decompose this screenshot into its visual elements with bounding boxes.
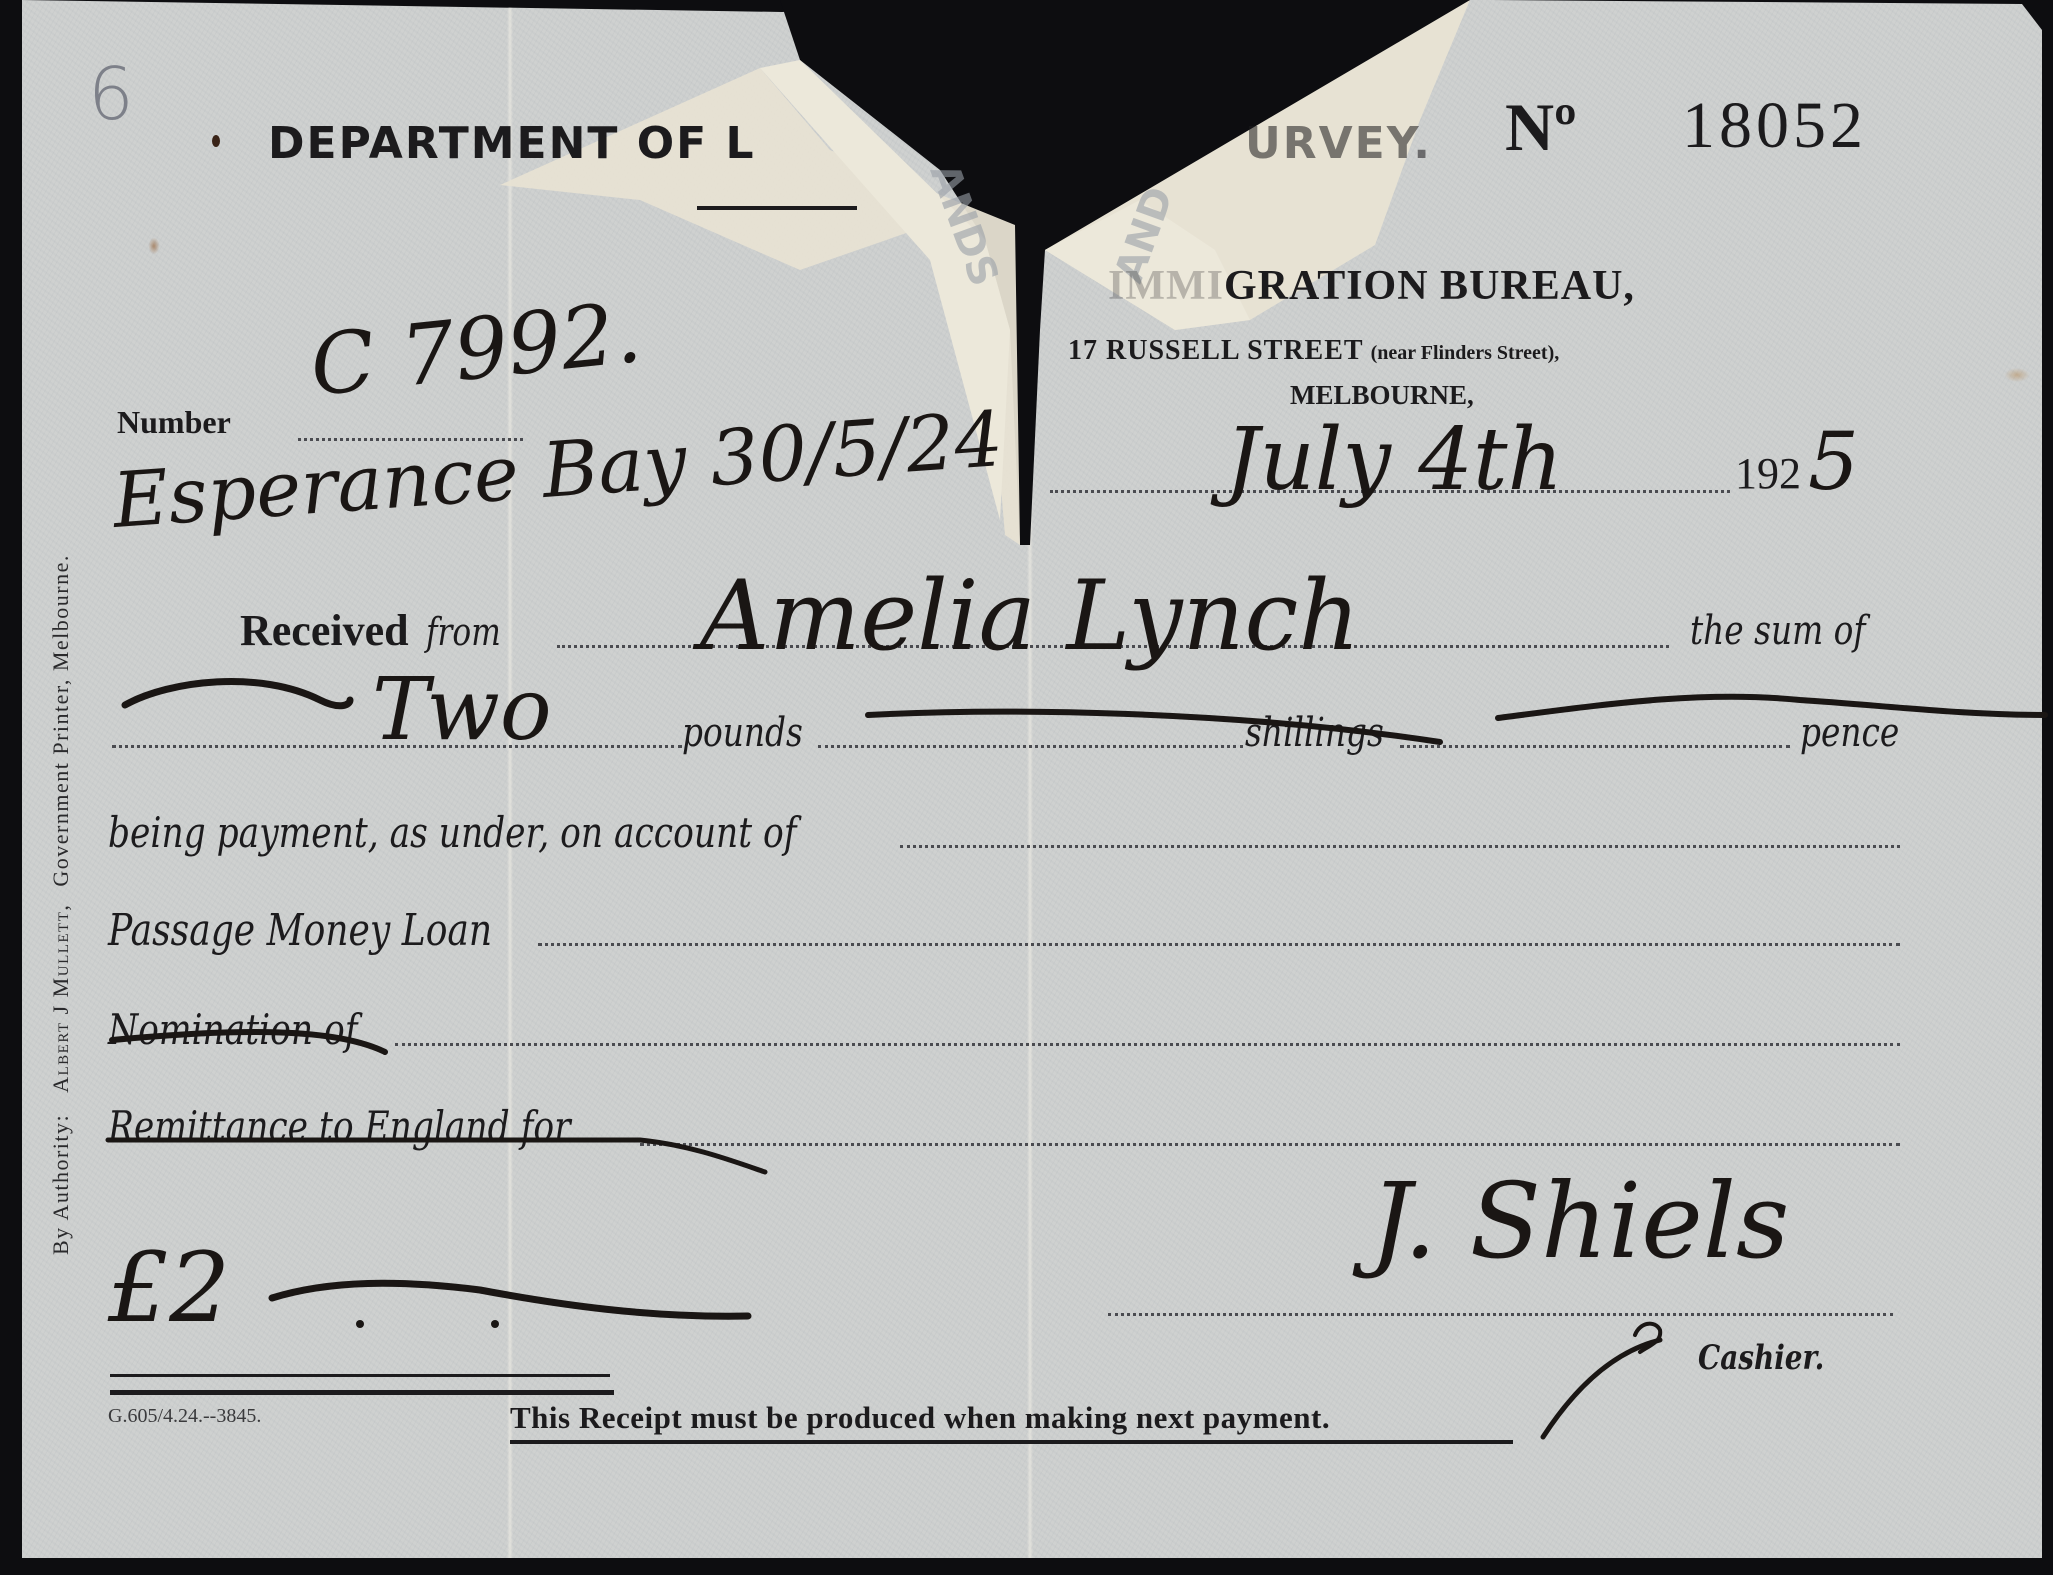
bureau-name-text: GRATION BUREAU,	[1224, 263, 1635, 309]
received-from-value: Amelia Lynch	[700, 560, 1360, 672]
amount-rule-thin	[110, 1374, 610, 1377]
received-from-label: Received from	[240, 605, 517, 656]
received-label: Received	[240, 606, 409, 655]
pence-field-line	[1400, 745, 1790, 748]
department-heading-tail: URVEY.	[1245, 118, 1432, 169]
pence-label: pence	[1800, 710, 1899, 756]
imprint-printer: Albert J Mullett,	[48, 904, 73, 1093]
amount-rule-thick	[110, 1390, 614, 1395]
bureau-name: IMMIGRATION BUREAU,	[1108, 262, 1635, 310]
address-street: 17 RUSSELL STREET	[1068, 335, 1364, 366]
imprint-prefix: By Authority:	[48, 1114, 73, 1255]
printer-imprint: By Authority: Albert J Mullett, Governme…	[48, 554, 74, 1255]
account-of-label: being payment, as under, on account of	[108, 808, 796, 857]
line-item-nomination-of: Nomination of	[108, 1005, 357, 1054]
year-suffix: 5	[1808, 415, 1859, 508]
pin-hole	[212, 135, 220, 147]
department-heading: DEPARTMENT OF L	[268, 118, 756, 169]
number-label: Number	[117, 404, 231, 441]
line-item-passage-money-loan: Passage Money Loan	[108, 905, 492, 956]
sum-of-label: the sum of	[1690, 608, 1866, 654]
line-item-remittance-to-england: Remittance to England for	[108, 1102, 571, 1151]
shillings-label: shillings	[1245, 710, 1384, 756]
pencil-annotation: 6	[88, 52, 134, 136]
vertical-fold-crease	[1027, 0, 1033, 1558]
cashier-signature: J. Shiels	[1370, 1160, 1789, 1282]
receipt-paper	[22, 0, 2042, 1558]
vertical-fold-crease	[507, 0, 513, 1558]
date-value: July 4th	[1225, 410, 1563, 510]
cashier-signature-line	[1108, 1313, 1893, 1316]
imprint-suffix: Government Printer, Melbourne.	[48, 554, 73, 887]
receipt-number-label: Nº	[1505, 88, 1577, 167]
form-code: G.605/4.24.--3845.	[108, 1405, 261, 1428]
line-item-line	[640, 1143, 1900, 1146]
footer-notice: This Receipt must be produced when makin…	[510, 1400, 1330, 1436]
from-label: from	[426, 610, 501, 654]
year-prefix: 192	[1735, 448, 1801, 499]
department-heading-visible: DEPARTMENT OF L	[268, 118, 756, 169]
line-item-line	[538, 943, 1900, 946]
pounds-value: Two	[372, 660, 552, 760]
footer-underline	[510, 1440, 1513, 1444]
heading-underline	[697, 206, 857, 210]
receipt-number: 18052	[1682, 88, 1867, 164]
line-item-line	[395, 1043, 1900, 1046]
cashier-label: Cashier.	[1698, 1338, 1824, 1378]
account-of-line	[900, 845, 1900, 848]
bureau-address: 17 RUSSELL STREET (near Flinders Street)…	[1068, 335, 1559, 367]
shillings-field-line	[818, 745, 1243, 748]
amount-value: £2	[108, 1232, 230, 1344]
bureau-city: MELBOURNE,	[1290, 380, 1474, 411]
pounds-label: pounds	[682, 710, 803, 756]
address-note: (near Flinders Street),	[1371, 342, 1560, 364]
